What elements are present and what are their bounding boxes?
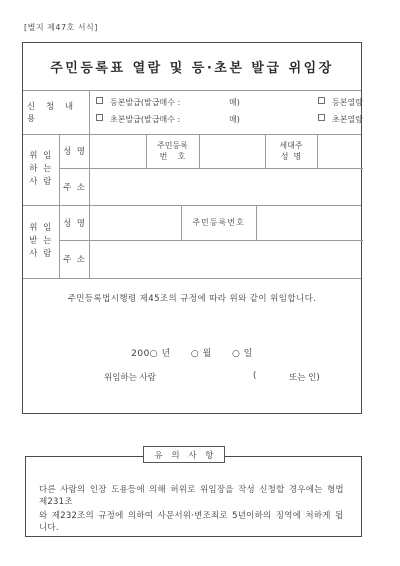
signature-paren-close: 또는 인) xyxy=(289,371,320,383)
notice-line-1: 다른 사람의 인장 도용등에 의해 허위로 위임장을 작성 신청할 경우에는 형… xyxy=(39,483,351,507)
signer-label: 위임하는 사람 xyxy=(104,371,156,383)
chobon-issue-label: 초본발급(발급매수 : xyxy=(110,114,180,125)
divider xyxy=(23,278,361,279)
delegatee-address-label: 주 소 xyxy=(59,240,89,278)
delegatee-label-line: 받 는 xyxy=(29,235,53,248)
delegatee-section-label: 위 임 받 는 사 람 xyxy=(23,205,59,278)
document-page: { "doc": { "form_label": "[별지 제47호 서식]",… xyxy=(0,0,400,566)
signature-paren-open: ( xyxy=(253,371,256,381)
delegatee-resident-no-label: 주민등록번호 xyxy=(181,205,256,240)
checkbox-chobon-view[interactable] xyxy=(318,114,325,121)
delegatee-label-line: 위 임 xyxy=(29,222,53,235)
signature-row: 위임하는 사람 ( 또는 인) xyxy=(23,371,361,385)
deungbon-issue-unit: 매) xyxy=(229,97,240,108)
delegator-name-label: 성 명 xyxy=(59,134,89,168)
chobon-view-label: 초본열람 xyxy=(332,114,363,125)
checkbox-deungbon-view[interactable] xyxy=(318,97,325,104)
delegatee-label-line: 사 람 xyxy=(29,248,53,261)
delegatee-address-field xyxy=(89,240,363,278)
label-line: 성 명 xyxy=(281,151,302,162)
page-title: 주민등록표 열람 및 등·초본 발급 위임장 xyxy=(50,57,334,76)
delegation-statement: 주민등록법시행령 제45조의 규정에 따라 위와 같이 위임합니다. xyxy=(23,292,361,304)
notice-title-box: 유 의 사 항 xyxy=(143,446,225,463)
label-line: 세대주 xyxy=(279,140,302,151)
household-head-name-label: 세대주 성 명 xyxy=(265,134,317,168)
checkbox-deungbon-issue[interactable] xyxy=(96,97,103,104)
delegator-address-label: 주 소 xyxy=(59,168,89,205)
label-line: 주민등록 xyxy=(157,140,188,151)
delegator-label-line: 위 임 xyxy=(29,150,53,163)
title-row: 주민등록표 열람 및 등·초본 발급 위임장 xyxy=(23,43,361,90)
notice-line-2: 와 제232조의 규정에 의하여 사문서위·변조죄로 5년이하의 징역에 처하게… xyxy=(39,509,351,533)
delegation-form-box: 주민등록표 열람 및 등·초본 발급 위임장 신 청 내 용 등본발급(발급매수… xyxy=(22,42,362,414)
checkbox-chobon-issue[interactable] xyxy=(96,114,103,121)
delegatee-resident-no-field xyxy=(256,205,363,240)
notice-box: 다른 사람의 인장 도용등에 의해 허위로 위임장을 작성 신청할 경우에는 형… xyxy=(25,456,362,537)
delegator-label-line: 하 는 xyxy=(29,163,53,176)
deungbon-issue-label: 등본발급(발급매수 : xyxy=(110,97,180,108)
delegator-resident-no-field xyxy=(199,134,265,168)
delegator-label-line: 사 람 xyxy=(29,176,53,189)
delegator-name-field xyxy=(89,134,146,168)
deungbon-view-label: 등본열람 xyxy=(332,97,363,108)
delegator-resident-no-label: 주민등록 번 호 xyxy=(146,134,199,168)
notice-title: 유 의 사 항 xyxy=(155,449,217,461)
date-line: 200○ 년 ○ 월 ○ 일 xyxy=(23,346,361,359)
application-content-label: 신 청 내 용 xyxy=(23,90,89,134)
form-number-label: [별지 제47호 서식] xyxy=(24,22,98,33)
delegatee-name-field xyxy=(89,205,181,240)
application-option-row: 초본발급(발급매수 : 매) 초본열람 xyxy=(89,112,363,128)
chobon-issue-unit: 매) xyxy=(229,114,240,125)
delegator-address-field xyxy=(89,168,363,205)
household-head-name-field xyxy=(317,134,363,168)
delegator-section-label: 위 임 하 는 사 람 xyxy=(23,134,59,205)
delegatee-name-label: 성 명 xyxy=(59,205,89,240)
label-line: 번 호 xyxy=(160,151,186,162)
application-option-row: 등본발급(발급매수 : 매) 등본열람 xyxy=(89,95,363,111)
